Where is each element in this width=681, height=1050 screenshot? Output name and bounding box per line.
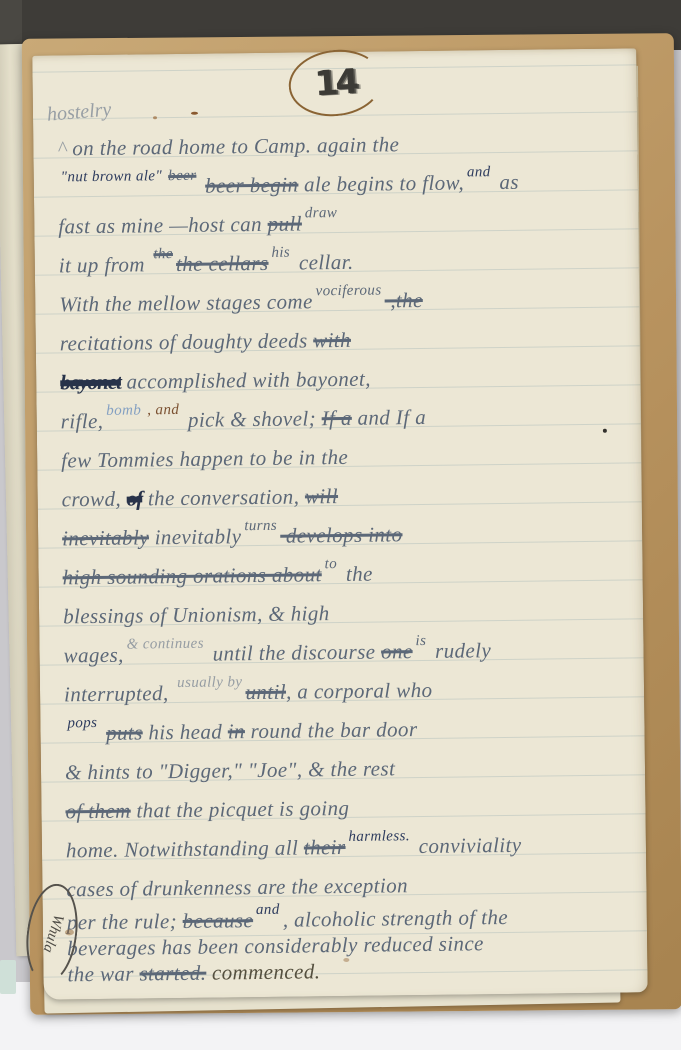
handwriting-segment: because xyxy=(183,908,254,933)
handwriting-segment: & hints to "Digger," "Joe", & the rest xyxy=(65,756,396,784)
page-number-circle: 14 xyxy=(285,45,386,122)
handwriting-segment: of xyxy=(127,486,143,510)
handwriting-segment: home. Notwithstanding all xyxy=(66,835,304,862)
handwriting-segment: ,the xyxy=(385,288,423,312)
handwriting-segment: , alcoholic strength of the xyxy=(283,905,509,932)
margin-note-text: Whula xyxy=(38,912,66,954)
handwriting-segment: of them xyxy=(65,799,131,824)
handwriting-segment: With the mellow stages come xyxy=(59,289,313,316)
handwriting-segment: harmless. xyxy=(348,829,410,844)
handwriting-segment: the xyxy=(340,562,373,586)
foxing-speck xyxy=(343,958,349,962)
handwriting-segment: blessings of Unionism, & high xyxy=(63,601,330,628)
handwriting-segment: and xyxy=(467,165,491,179)
handwriting-segment: , a corporal who xyxy=(286,678,433,704)
handwriting-segment: "nut brown ale" xyxy=(61,169,163,184)
handwriting-segment: puts xyxy=(106,720,143,744)
margin-note-hostelry: hostelry xyxy=(46,99,112,127)
foxing-speck xyxy=(191,112,198,115)
handwriting-segment: that the picquet is going xyxy=(131,796,350,823)
handwriting-segment: the conversation, xyxy=(142,484,305,510)
handwriting-segment: & continues xyxy=(127,637,204,652)
handwriting-segment: usually by xyxy=(177,675,242,690)
handwriting-segment: to xyxy=(325,557,338,571)
handwriting-segment: on the road home to Camp. again the xyxy=(72,132,399,160)
handwriting-segment: per the rule; xyxy=(67,909,183,934)
page-number: 14 xyxy=(314,62,358,105)
handwriting-segment: started. xyxy=(139,961,206,986)
handwriting-segment: with xyxy=(313,328,351,352)
foxing-speck xyxy=(65,929,74,935)
handwriting-segment: beverages has been considerably reduced … xyxy=(67,931,484,960)
handwriting-segment: their xyxy=(304,835,346,860)
handwriting-segment: the war xyxy=(67,961,139,986)
handwriting-segment: crowd, xyxy=(62,487,127,512)
handwriting-segment: his xyxy=(271,246,290,260)
handwriting-segment: as xyxy=(494,170,519,194)
handwriting-segment: draw xyxy=(305,206,338,220)
handwriting-segment: until the discourse xyxy=(207,640,381,666)
handwriting-segment: develops into xyxy=(280,522,403,547)
handwriting-segment: recitations of doughty deeds xyxy=(60,328,314,355)
notebook-page: 14 hostelry ^ on the road home to Camp. … xyxy=(32,48,647,999)
handwriting-segment: cellar. xyxy=(293,250,354,275)
handwriting-segment: rudely xyxy=(429,638,491,663)
handwriting-segment: If a xyxy=(322,406,352,430)
handwriting-segment: will xyxy=(305,484,338,508)
handwriting-segment: inevitably xyxy=(149,524,242,549)
handwriting-segment: accomplished with bayonet, xyxy=(121,367,371,394)
handwriting-segment: is xyxy=(415,634,426,648)
handwriting-segment: pull xyxy=(267,211,302,235)
ink-speck xyxy=(603,429,607,433)
handwriting-segment: beer begin xyxy=(205,172,299,197)
handwriting-segment: round the bar door xyxy=(245,717,418,743)
handwriting-lines: ^ on the road home to Camp. again the"nu… xyxy=(57,122,645,987)
handwriting-segment: conviviality xyxy=(413,833,522,858)
handwriting-segment: and If a xyxy=(352,405,426,430)
handwriting-segment: ^ xyxy=(57,136,72,160)
handwriting-segment: fast as mine —host can xyxy=(58,212,268,239)
handwriting-segment: high sounding orations about xyxy=(62,562,321,589)
handwriting-segment: in xyxy=(228,719,245,743)
handwriting-segment: until xyxy=(245,680,286,704)
handwriting-segment: bayonet xyxy=(60,370,121,395)
handwriting-segment: pick & shovel; xyxy=(182,406,322,432)
handwriting-segment: his head xyxy=(143,719,228,744)
handwriting-segment: it up from xyxy=(59,252,151,277)
handwriting-segment: commenced. xyxy=(212,959,321,984)
handwriting-segment: turns xyxy=(244,519,277,533)
handwriting-segment: ale begins to flow, xyxy=(298,170,464,196)
handwriting-segment: the cellars xyxy=(176,251,269,276)
handwriting-segment: inevitably xyxy=(62,525,149,550)
handwriting-segment: rifle, xyxy=(61,409,104,434)
handwriting-segment: bomb xyxy=(106,403,141,417)
handwriting-segment: interrupted, xyxy=(64,681,174,706)
handwriting-segment: , and xyxy=(147,403,179,417)
handwriting-segment: cases of drunkenness are the exception xyxy=(66,873,408,901)
handwriting-segment: and xyxy=(256,903,280,917)
corner-mount xyxy=(0,960,16,994)
handwriting-segment: one xyxy=(381,639,413,663)
handwriting-segment: wages, xyxy=(63,643,123,668)
handwriting-segment: few Tommies happen to be in the xyxy=(61,445,348,473)
handwriting-segment: vociferous xyxy=(316,283,382,298)
handwriting-segment: pops xyxy=(67,716,97,730)
handwriting-segment: the xyxy=(153,247,173,261)
foxing-speck xyxy=(153,116,157,119)
handwriting-segment: beer xyxy=(168,169,196,183)
